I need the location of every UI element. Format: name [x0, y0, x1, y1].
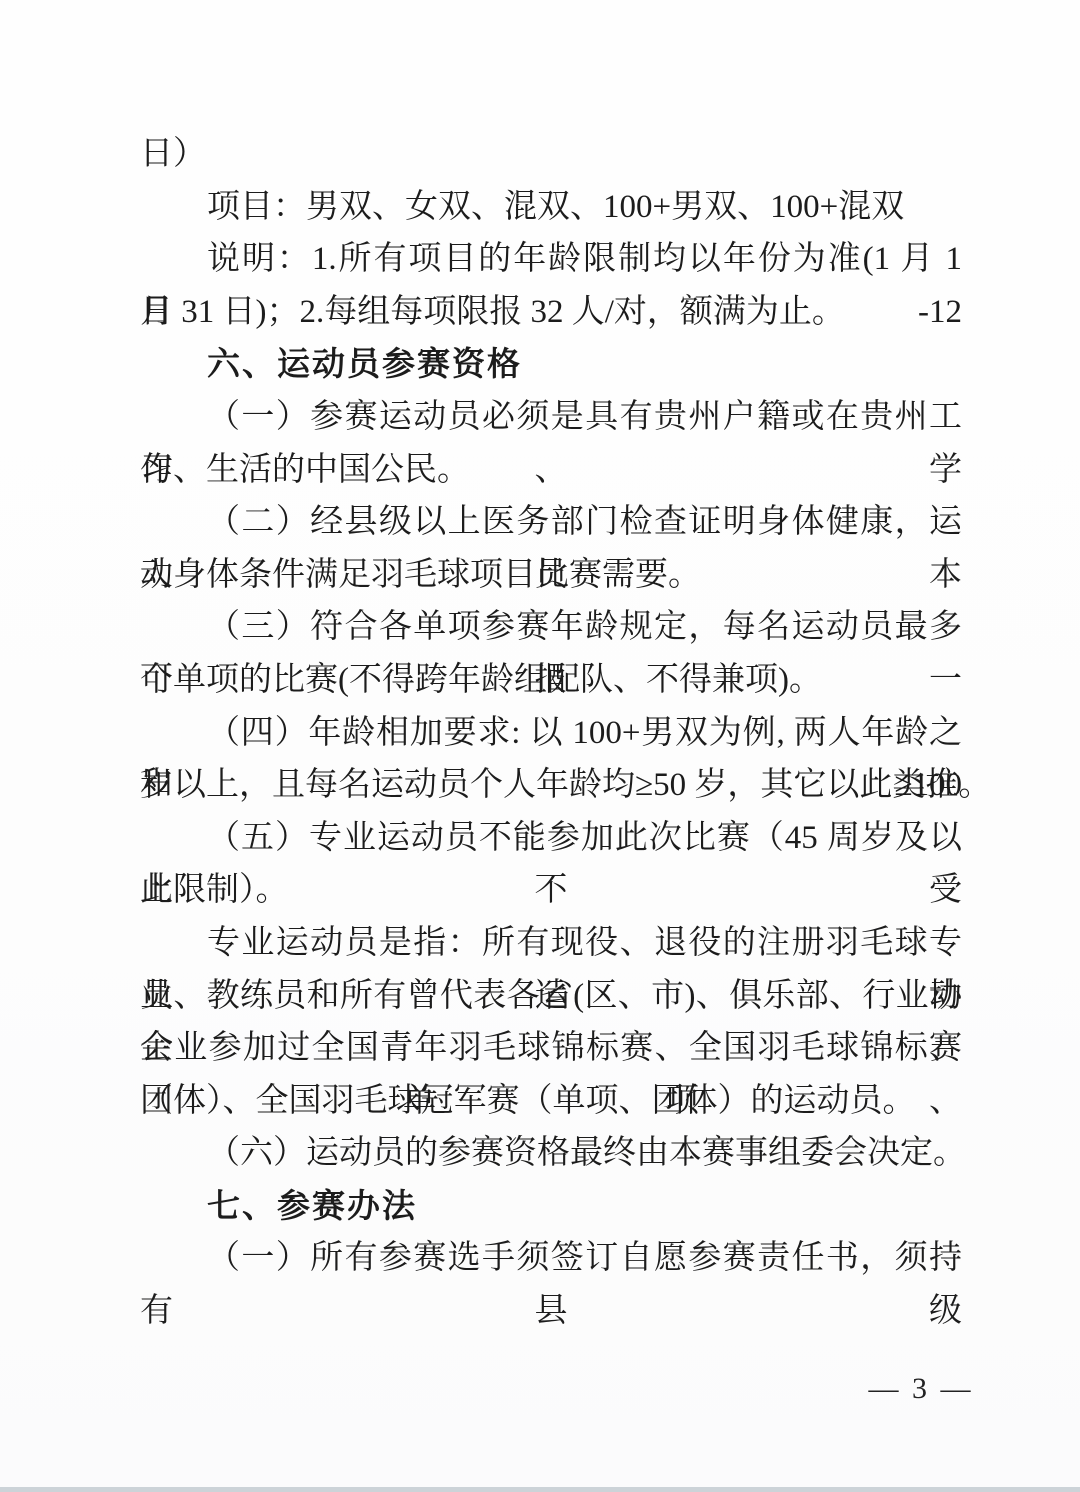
- text-line: （六）运动员的参赛资格最终由本赛事组委会决定。: [140, 1127, 962, 1180]
- scanned-document-page: 日） 项目：男双、女双、混双、100+男双、100+混双 说明：1.所有项目的年…: [0, 0, 1080, 1492]
- section-heading: 七、参赛办法: [140, 1180, 962, 1233]
- section-heading: 六、运动员参赛资格: [140, 338, 962, 391]
- text-line: （五）专业运动员不能参加此次比赛（45 周岁及以上不受: [140, 812, 962, 865]
- text-line: 日）: [140, 128, 962, 181]
- text-line: （二）经县级以上医务部门检查证明身体健康，运动员本: [140, 496, 962, 549]
- text-line: 员、教练员和所有曾代表各省(区、市)、俱乐部、行业协会、: [140, 970, 962, 1023]
- text-line: 项目：男双、女双、混双、100+男双、100+混双: [140, 181, 962, 234]
- text-line: （三）符合各单项参赛年龄规定，每名运动员最多可报一: [140, 601, 962, 654]
- text-line: （一）所有参赛选手须签订自愿参赛责任书，须持有县级: [140, 1232, 962, 1285]
- scan-edge-strip: [0, 1487, 1080, 1492]
- document-body: 日） 项目：男双、女双、混双、100+男双、100+混双 说明：1.所有项目的年…: [140, 128, 962, 1285]
- text-line: 专业运动员是指：所有现役、退役的注册羽毛球专业运动: [140, 917, 962, 970]
- text-line: 说明：1.所有项目的年龄限制均以年份为准(1 月 1 日-12: [140, 233, 962, 286]
- page-number: — 3 —: [856, 1372, 986, 1406]
- text-line: 岁以上，且每名运动员个人年龄均≥50 岁，其它以此类推。: [140, 759, 962, 812]
- text-line: 企业参加过全国青年羽毛球锦标赛、全国羽毛球锦标赛（单项、: [140, 1022, 962, 1075]
- text-line: （一）参赛运动员必须是具有贵州户籍或在贵州工作、学: [140, 391, 962, 444]
- text-line: 月 31 日)；2.每组每项限报 32 人/对，额满为止。: [140, 286, 962, 339]
- text-line: 团体）、全国羽毛球冠军赛（单项、团体）的运动员。: [140, 1075, 962, 1128]
- text-line: （四）年龄相加要求: 以 100+男双为例, 两人年龄之和≥100: [140, 707, 962, 760]
